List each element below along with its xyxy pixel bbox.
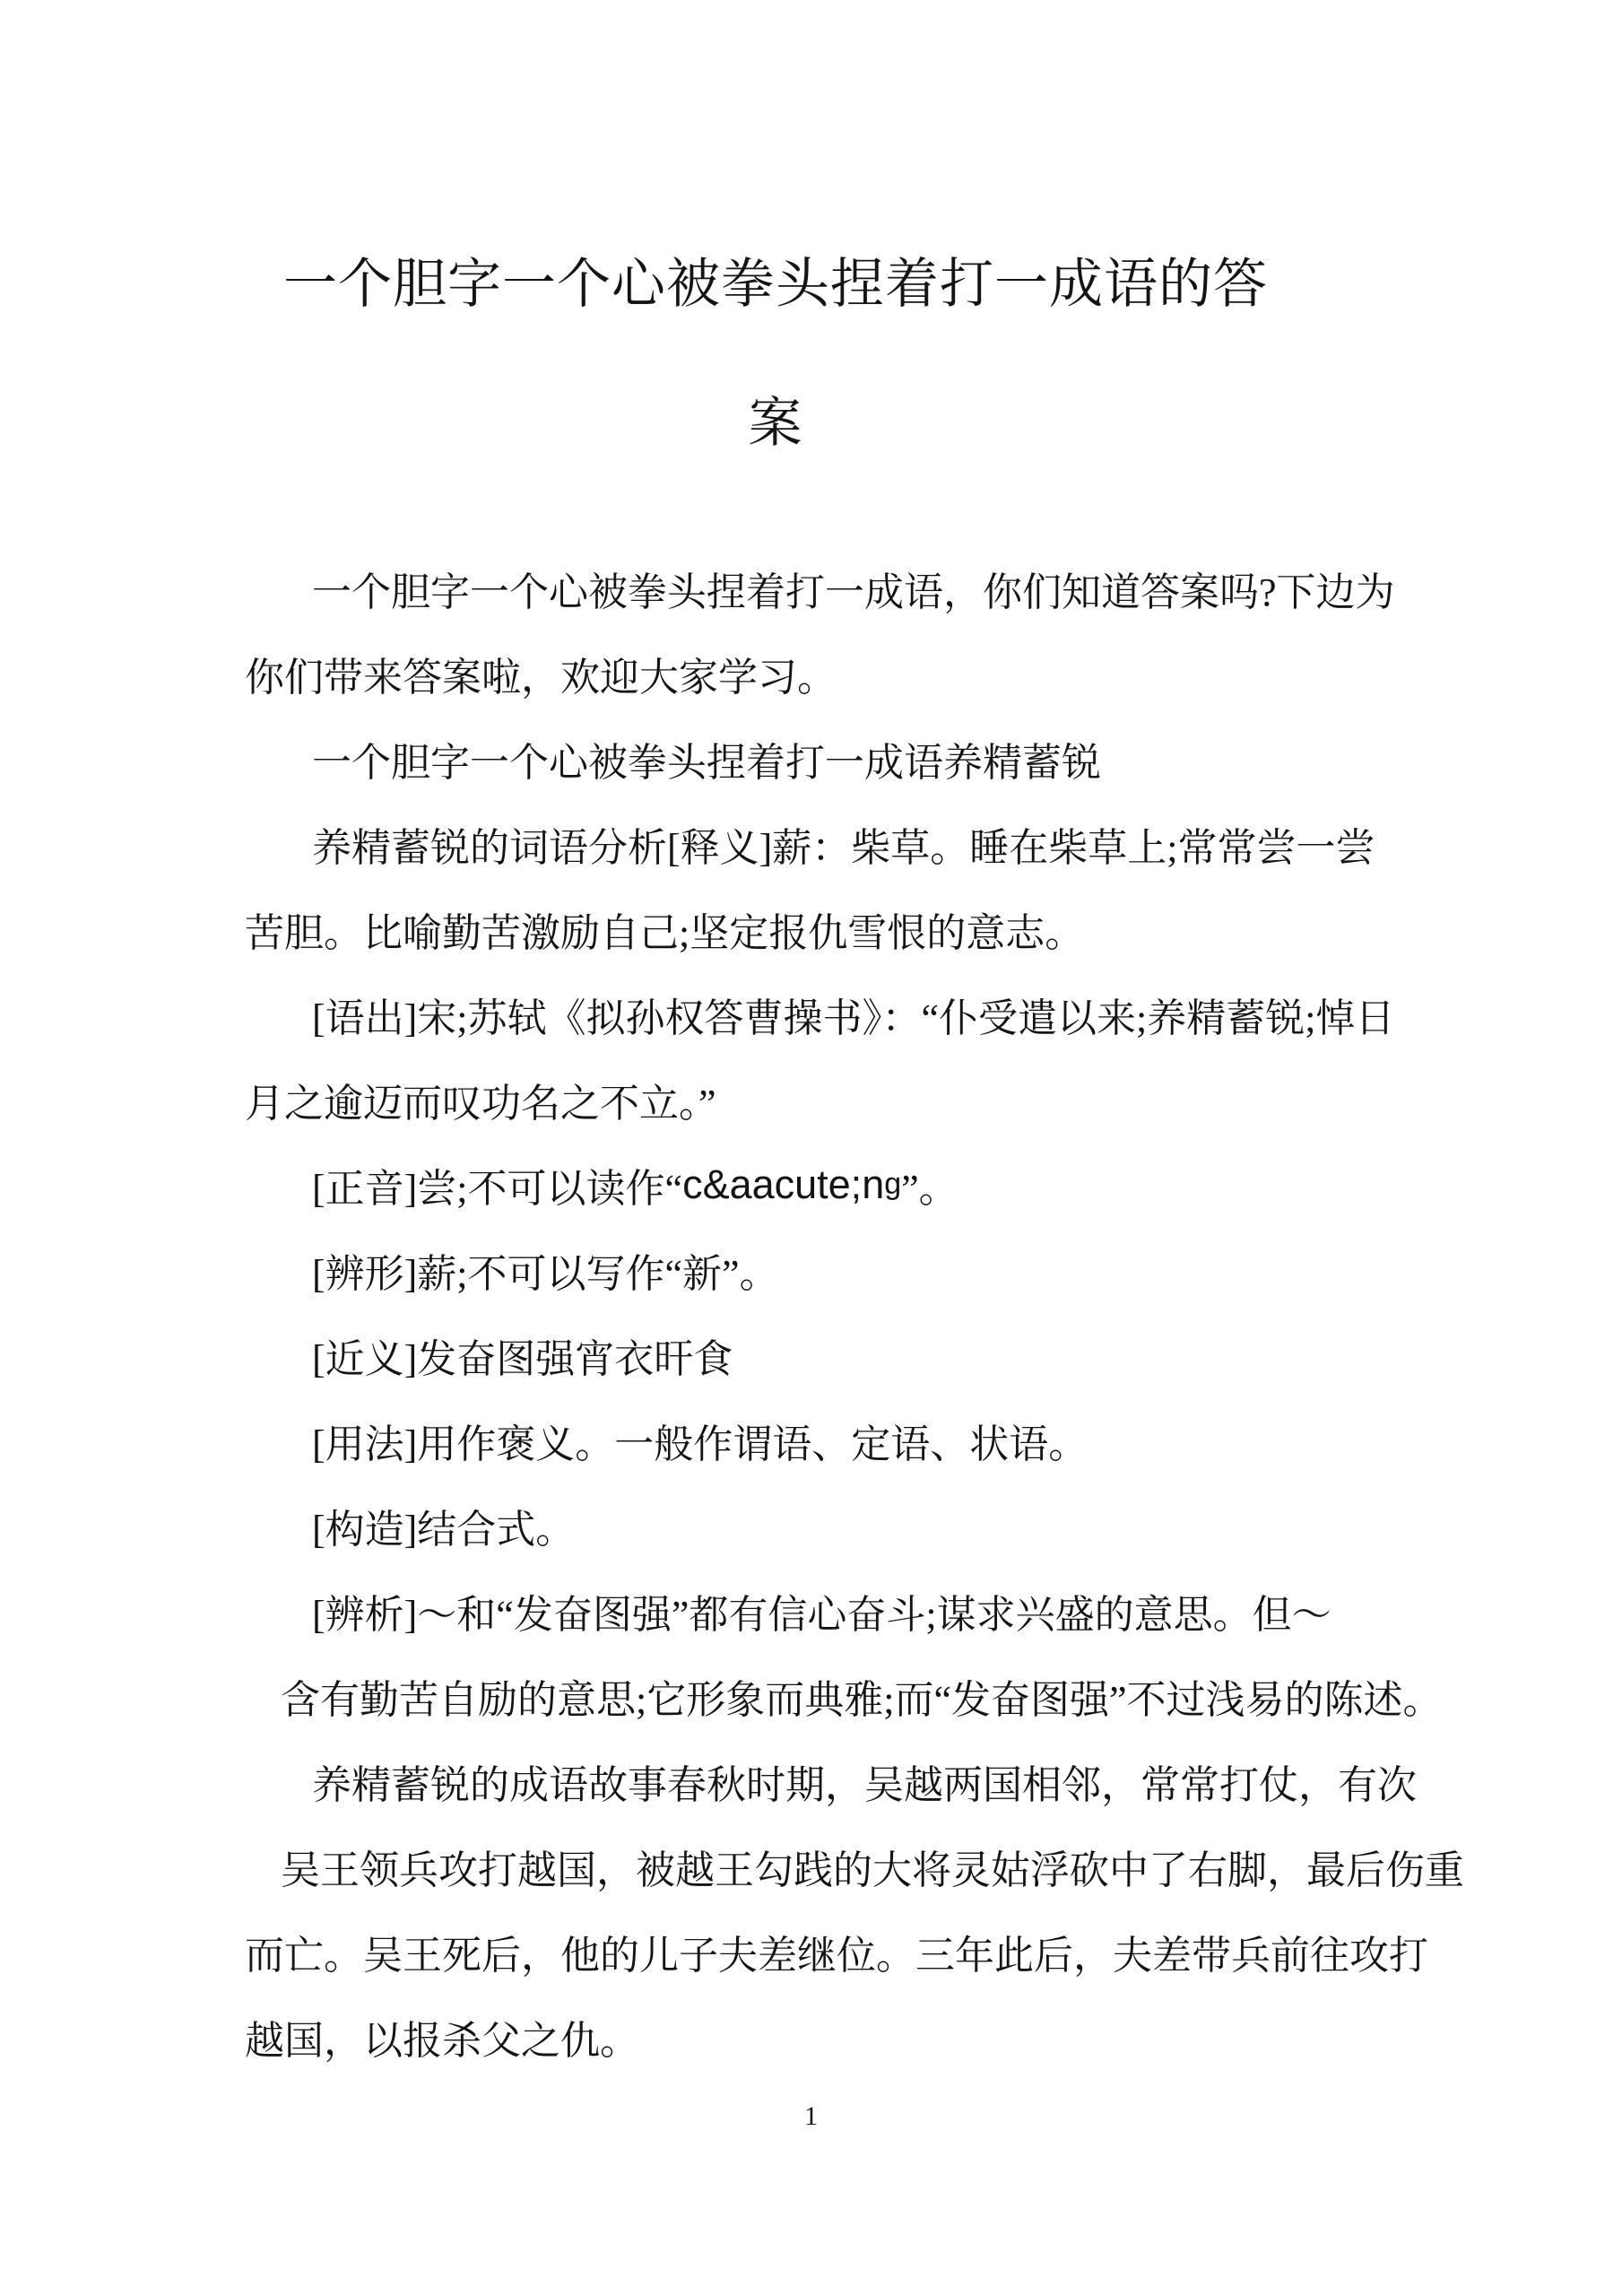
page-number: 1 (0, 2099, 1622, 2135)
document-title-line: 案 (117, 354, 1435, 493)
text-line: 养精蓄锐的词语分析[释义]薪：柴草。睡在柴草上;常常尝一尝 (245, 801, 1527, 886)
text-line: [用法]用作褒义。一般作谓语、定语、状语。 (245, 1397, 1527, 1483)
latin-text: g (884, 1167, 901, 1202)
text-line: 一个胆字一个心被拳头捏着打一成语养精蓄锐 (245, 716, 1527, 801)
text-line: 你们带来答案啦，欢迎大家学习。 (245, 631, 1527, 716)
text-line: [语出]宋;苏轼《拟孙权答曹操书》：“仆受遣以来;养精蓄锐;悼日 (245, 971, 1527, 1057)
text-line: [辨析]～和“发奋图强”都有信心奋斗;谋求兴盛的意思。但～ (245, 1568, 1527, 1653)
latin-text: c&aacute;n (682, 1161, 884, 1208)
text-line: 一个胆字一个心被拳头捏着打一成语，你们知道答案吗?下边为 (245, 545, 1527, 631)
text-line: 含有勤苦自励的意思;它形象而典雅;而“发奋图强”不过浅易的陈述。 (245, 1653, 1527, 1738)
text-line: 越国，以报杀父之仇。 (245, 1994, 1527, 2079)
text-line: 月之逾迈而叹功名之不立。” (245, 1057, 1527, 1142)
text-line: 苦胆。比喻勤苦激励自己;坚定报仇雪恨的意志。 (245, 886, 1527, 971)
text-line: 而亡。吴王死后，他的儿子夫差继位。三年此后，夫差带兵前往攻打 (245, 1909, 1527, 1994)
text-line: 吴王领兵攻打越国，被越王勾践的大将灵姑浮砍中了右脚，最后伤重 (245, 1823, 1527, 1909)
cjk-text: [正音]尝;不可以读作“ (312, 1156, 682, 1213)
document-page: 一个胆字一个心被拳头捏着打一成语的答 案 一个胆字一个心被拳头捏着打一成语，你们… (0, 0, 1622, 2296)
document-title-line: 一个胆字一个心被拳头捏着打一成语的答 (117, 215, 1435, 354)
text-line: 养精蓄锐的成语故事春秋时期，吴越两国相邻，常常打仗，有次 (245, 1738, 1527, 1823)
document-title: 一个胆字一个心被拳头捏着打一成语的答 案 (117, 215, 1435, 493)
text-line: [正音]尝;不可以读作“c&aacute;ng”。 (245, 1142, 1527, 1227)
cjk-text: ”。 (901, 1156, 958, 1213)
text-line: [构造]结合式。 (245, 1483, 1527, 1568)
text-line: [近义]发奋图强宵衣旰食 (245, 1312, 1527, 1397)
text-line: [辨形]薪;不可以写作“新”。 (245, 1227, 1527, 1312)
document-body: 一个胆字一个心被拳头捏着打一成语，你们知道答案吗?下边为你们带来答案啦，欢迎大家… (245, 545, 1527, 2079)
